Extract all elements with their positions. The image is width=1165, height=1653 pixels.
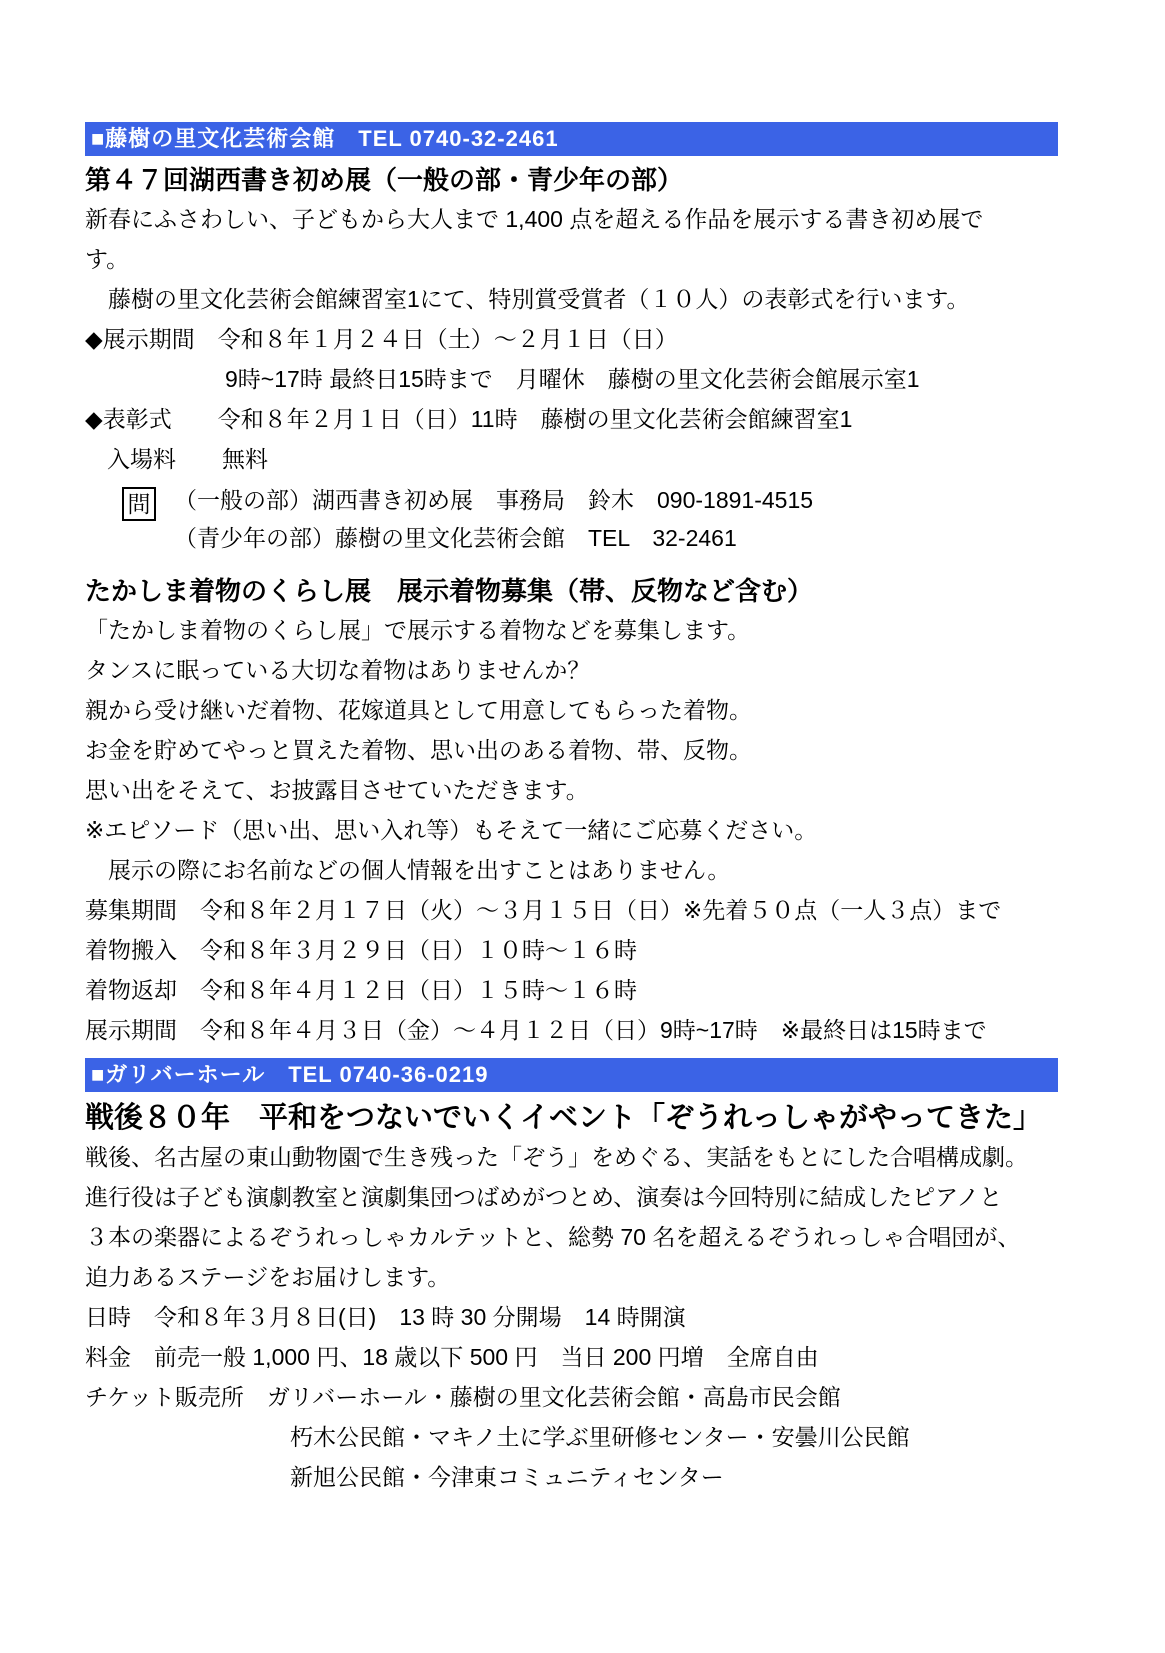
zou-title: 戦後８０年 平和をつないでいくイベント「ぞうれっしゃがやってきた」: [85, 1098, 1080, 1138]
venue-bar-gulliver: ■ガリバーホール TEL 0740-36-0219: [85, 1058, 1058, 1092]
zou-paragraph: ３本の楽器によるぞうれっしゃカルテットと、総勢 70 名を超えるぞうれっしゃ合唱…: [85, 1224, 1080, 1251]
kakizome-detail-ceremony: ◆表彰式 令和８年２月１日（日）11時 藤樹の里文化芸術会館練習室1: [85, 406, 1080, 433]
kimono-schedule-carry-in: 着物搬入 令和８年３月２９日（日）１０時～１６時: [85, 937, 1080, 964]
kimono-title: たかしま着物のくらし展 展示着物募集（帯、反物など含む）: [85, 573, 1080, 609]
zou-paragraph: 進行役は子ども演劇教室と演劇集団つばめがつとめ、演奏は今回特別に結成したピアノと: [85, 1184, 1080, 1211]
zou-detail-tickets: チケット販売所 ガリバーホール・藤樹の里文化芸術会館・高島市民会館: [85, 1384, 1080, 1411]
kimono-paragraph: お金を貯めてやっと買えた着物、思い出のある着物、帯、反物。: [85, 737, 1080, 764]
kimono-schedule-return: 着物返却 令和８年４月１２日（日）１５時～１６時: [85, 977, 1080, 1004]
kimono-schedule-application: 募集期間 令和８年２月１７日（火）～３月１５日（日）※先着５０点（一人３点）まで: [85, 897, 1080, 924]
zou-detail-price: 料金 前売一般 1,000 円、18 歳以下 500 円 当日 200 円増 全…: [85, 1344, 1080, 1371]
zou-detail-tickets-cont: 新旭公民館・今津東コミュニティセンター: [85, 1464, 1080, 1491]
zou-detail-datetime: 日時 令和８年３月８日(日) 13 時 30 分開場 14 時開演: [85, 1304, 1080, 1331]
kimono-paragraph: 「たかしま着物のくらし展」で展示する着物などを募集します。: [85, 617, 1080, 644]
inquiry-lines: （一般の部）湖西書き初め展 事務局 鈴木 090-1891-4515 （青少年の…: [174, 487, 813, 563]
kakizome-detail-hours: 9時~17時 最終日15時まで 月曜休 藤樹の里文化芸術会館展示室1: [85, 366, 1080, 393]
zou-paragraph: 迫力あるステージをお届けします。: [85, 1264, 1080, 1291]
kakizome-intro-line: 新春にふさわしい、子どもから大人まで 1,400 点を超える作品を展示する書き初…: [85, 206, 1080, 233]
inquiry-line-youth: （青少年の部）藤樹の里文化芸術会館 TEL 32-2461: [174, 525, 813, 552]
section-gulliver: ■ガリバーホール TEL 0740-36-0219 戦後８０年 平和をつないでい…: [85, 1058, 1080, 1491]
kakizome-title: 第４７回湖西書き初め展（一般の部・青少年の部）: [85, 162, 1080, 198]
kimono-paragraph: タンスに眠っている大切な着物はありませんか？: [85, 657, 1080, 684]
newsletter-page: ■藤樹の里文化芸術会館 TEL 0740-32-2461 第４７回湖西書き初め展…: [0, 0, 1165, 1653]
inquiry-block: 問 （一般の部）湖西書き初め展 事務局 鈴木 090-1891-4515 （青少…: [85, 487, 1080, 563]
kimono-paragraph: 親から受け継いだ着物、花嫁道具として用意してもらった着物。: [85, 697, 1080, 724]
kimono-schedule-exhibition: 展示期間 令和８年４月３日（金）～４月１２日（日）9時~17時 ※最終日は15時…: [85, 1017, 1080, 1044]
kakizome-intro-line: す。: [85, 246, 1080, 273]
venue-bar-toju: ■藤樹の里文化芸術会館 TEL 0740-32-2461: [85, 122, 1058, 156]
kakizome-detail-admission: 入場料 無料: [85, 446, 1080, 473]
kakizome-detail-exhibition-period: ◆展示期間 令和８年１月２４日（土）～２月１日（日）: [85, 326, 1080, 353]
section-toju: ■藤樹の里文化芸術会館 TEL 0740-32-2461 第４７回湖西書き初め展…: [85, 122, 1080, 1044]
zou-detail-tickets-cont: 朽木公民館・マキノ土に学ぶ里研修センター・安曇川公民館: [85, 1424, 1080, 1451]
inquiry-mark-box: 問: [122, 487, 156, 521]
kakizome-intro-line: 藤樹の里文化芸術会館練習室1にて、特別賞受賞者（１０人）の表彰式を行います。: [85, 286, 1080, 313]
kimono-paragraph: ※エピソード（思い出、思い入れ等）もそえて一緒にご応募ください。: [85, 817, 1080, 844]
zou-paragraph: 戦後、名古屋の東山動物園で生き残った「ぞう」をめぐる、実話をもとにした合唱構成劇…: [85, 1144, 1080, 1171]
inquiry-line-general: （一般の部）湖西書き初め展 事務局 鈴木 090-1891-4515: [174, 487, 813, 514]
kimono-paragraph: 思い出をそえて、お披露目させていただきます。: [85, 777, 1080, 804]
kimono-paragraph: 展示の際にお名前などの個人情報を出すことはありません。: [85, 857, 1080, 884]
